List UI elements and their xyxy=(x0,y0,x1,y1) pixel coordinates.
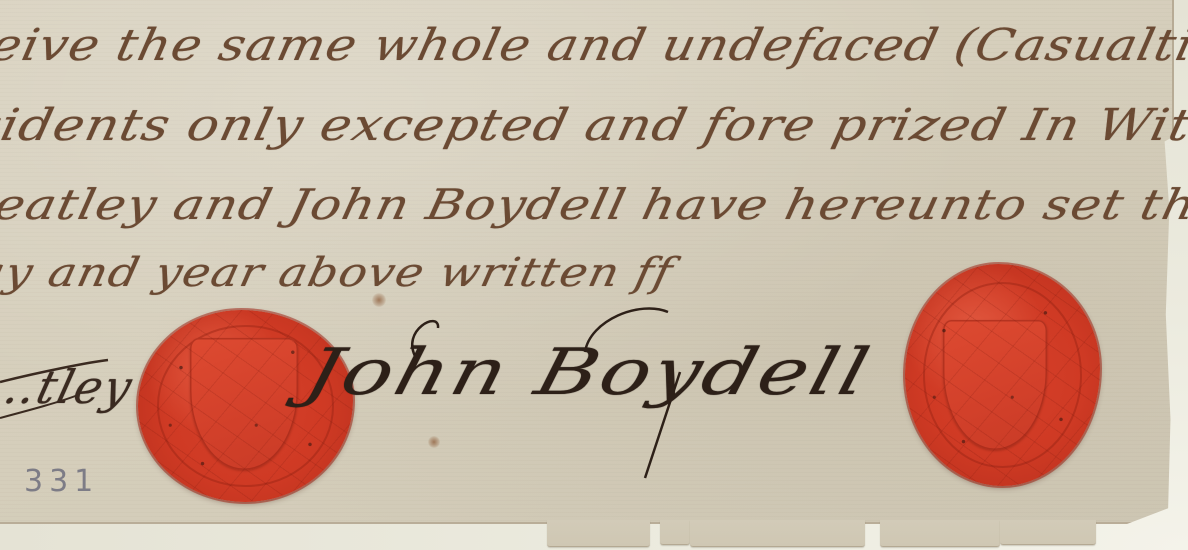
paper-torn-edge xyxy=(880,520,1000,547)
ink-stain xyxy=(428,436,440,448)
archive-number: 331 xyxy=(24,464,99,499)
document-text-line: receive the same whole and undefaced (Ca… xyxy=(0,20,1188,71)
shield-icon xyxy=(190,338,298,470)
partial-signature: …tley xyxy=(0,360,139,414)
paper-torn-edge xyxy=(547,520,650,547)
signature-john-boydell: John Boydell xyxy=(298,336,879,410)
document-text-line: day and year above written ff xyxy=(0,250,677,296)
paper-torn-edge xyxy=(690,520,865,547)
shield-icon xyxy=(943,320,1047,450)
document-text-line: Wheatley and John Boydell have hereunto … xyxy=(0,180,1188,229)
paper-torn-edge xyxy=(660,520,690,545)
document-text-line: Accidents only excepted and fore prized … xyxy=(0,100,1188,151)
document-photo: receive the same whole and undefaced (Ca… xyxy=(0,0,1188,550)
paper-torn-edge xyxy=(1000,520,1096,545)
